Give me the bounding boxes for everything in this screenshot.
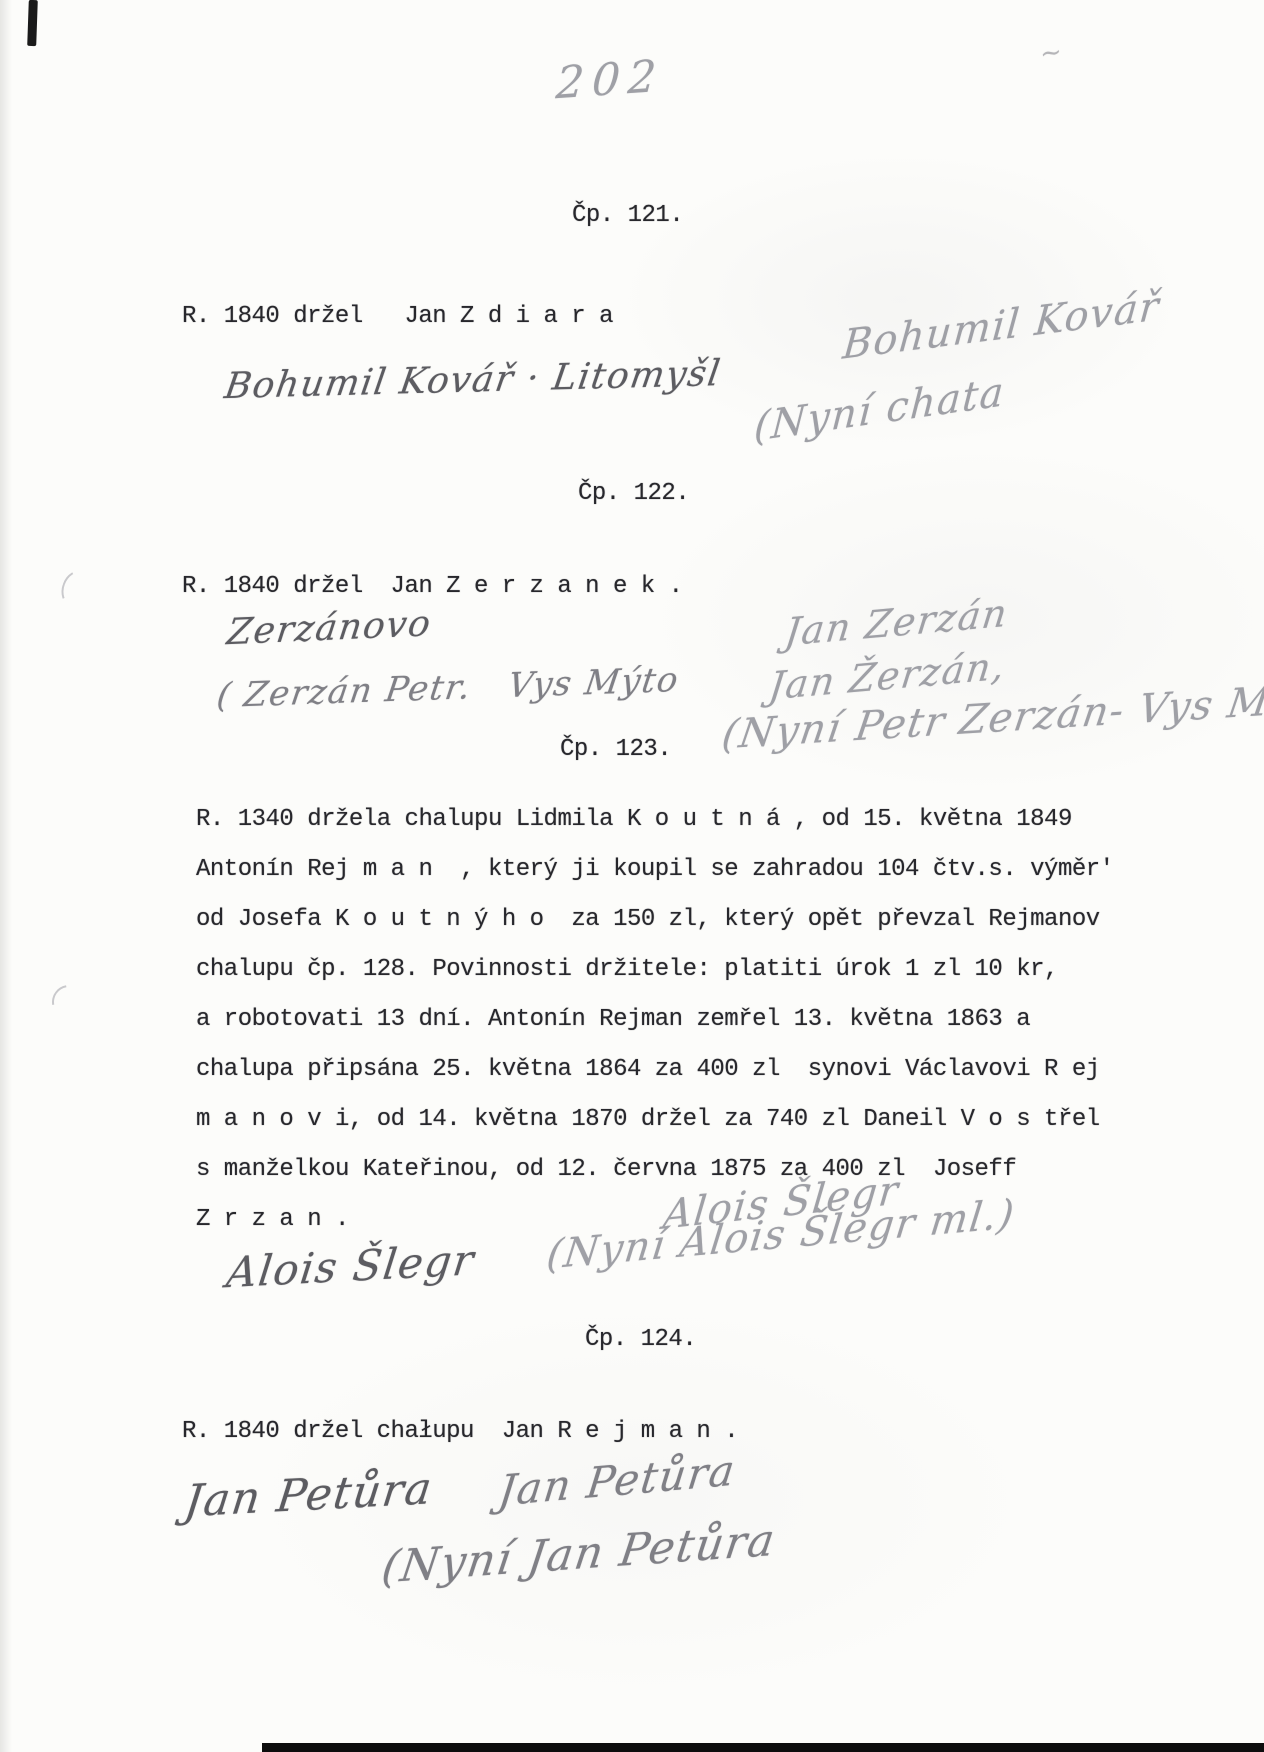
cp122-heading: Čp. 122. <box>578 480 689 507</box>
scan-artifact-left-edge <box>0 0 12 1752</box>
cp124-handwritten-owner-left: Jan Petůra <box>182 1463 436 1527</box>
cp122-record-line: R. 1840 držel Jan Z e r z a n e k . <box>182 573 682 600</box>
scan-artifact-bottom-edge <box>262 1743 1264 1752</box>
cp124-handwritten-note-bottom: (Nyní Jan Petůra <box>379 1515 779 1594</box>
cp124-record-line: R. 1840 držel chałupu Jan R e j m a n . <box>182 1418 738 1445</box>
scanned-document-page: ~ 202 Čp. 121. R. 1840 držel Jan Z d i a… <box>0 0 1264 1752</box>
cp123-heading: Čp. 123. <box>560 736 671 763</box>
cp123-paragraph-line-5: a robotovati 13 dní. Antonín Rejman zemř… <box>196 1006 1030 1033</box>
scan-artifact-margin-mark-1 <box>56 566 97 612</box>
cp121-handwritten-owner-left: Bohumil Kovář · Litomyšl <box>222 353 724 407</box>
cp123-paragraph-line-1: R. 1340 držela chalupu Lidmila K o u t n… <box>196 806 1072 833</box>
cp123-paragraph-line-2: Antonín Rej m a n , který ji koupil se z… <box>196 856 1114 883</box>
scan-artifact-top-left-bar <box>27 0 38 46</box>
cp121-record-line: R. 1840 držel Jan Z d i a r a <box>182 303 613 330</box>
cp123-handwritten-owner-left: Alois Šlegr <box>224 1235 478 1297</box>
cp121-handwritten-owner-right: Bohumil Kovář <box>841 283 1162 369</box>
scan-artifact-margin-mark-2 <box>45 978 92 1025</box>
cp123-paragraph-line-6: chalupa připsána 25. května 1864 za 400 … <box>196 1056 1100 1083</box>
cp122-handwritten-owner-right-1: Jan Zerzán <box>783 591 1011 655</box>
cp121-handwritten-note-right: (Nyní chata <box>753 369 1007 451</box>
cp123-paragraph-line-3: od Josefa K o u t n ý h o za 150 zl, kte… <box>196 906 1100 933</box>
cp123-paragraph-line-7: m a n o v i, od 14. května 1870 držel za… <box>196 1106 1100 1133</box>
cp122-handwritten-name-left-2: ( Zerzán Petr. Vys Mýto <box>214 660 682 716</box>
cp123-paragraph-line-9: Z r z a n . <box>196 1206 349 1233</box>
cp121-heading: Čp. 121. <box>572 202 683 229</box>
cp123-paragraph-line-4: chalupu čp. 128. Povinnosti držitele: pl… <box>196 956 1058 983</box>
scan-mark-top-right: ~ <box>1038 37 1065 70</box>
cp124-handwritten-owner-center: Jan Petůra <box>496 1445 739 1515</box>
cp122-handwritten-name-left-1: Zerzánovo <box>225 603 435 653</box>
handwritten-page-number: 202 <box>554 50 665 109</box>
cp124-heading: Čp. 124. <box>585 1326 696 1353</box>
